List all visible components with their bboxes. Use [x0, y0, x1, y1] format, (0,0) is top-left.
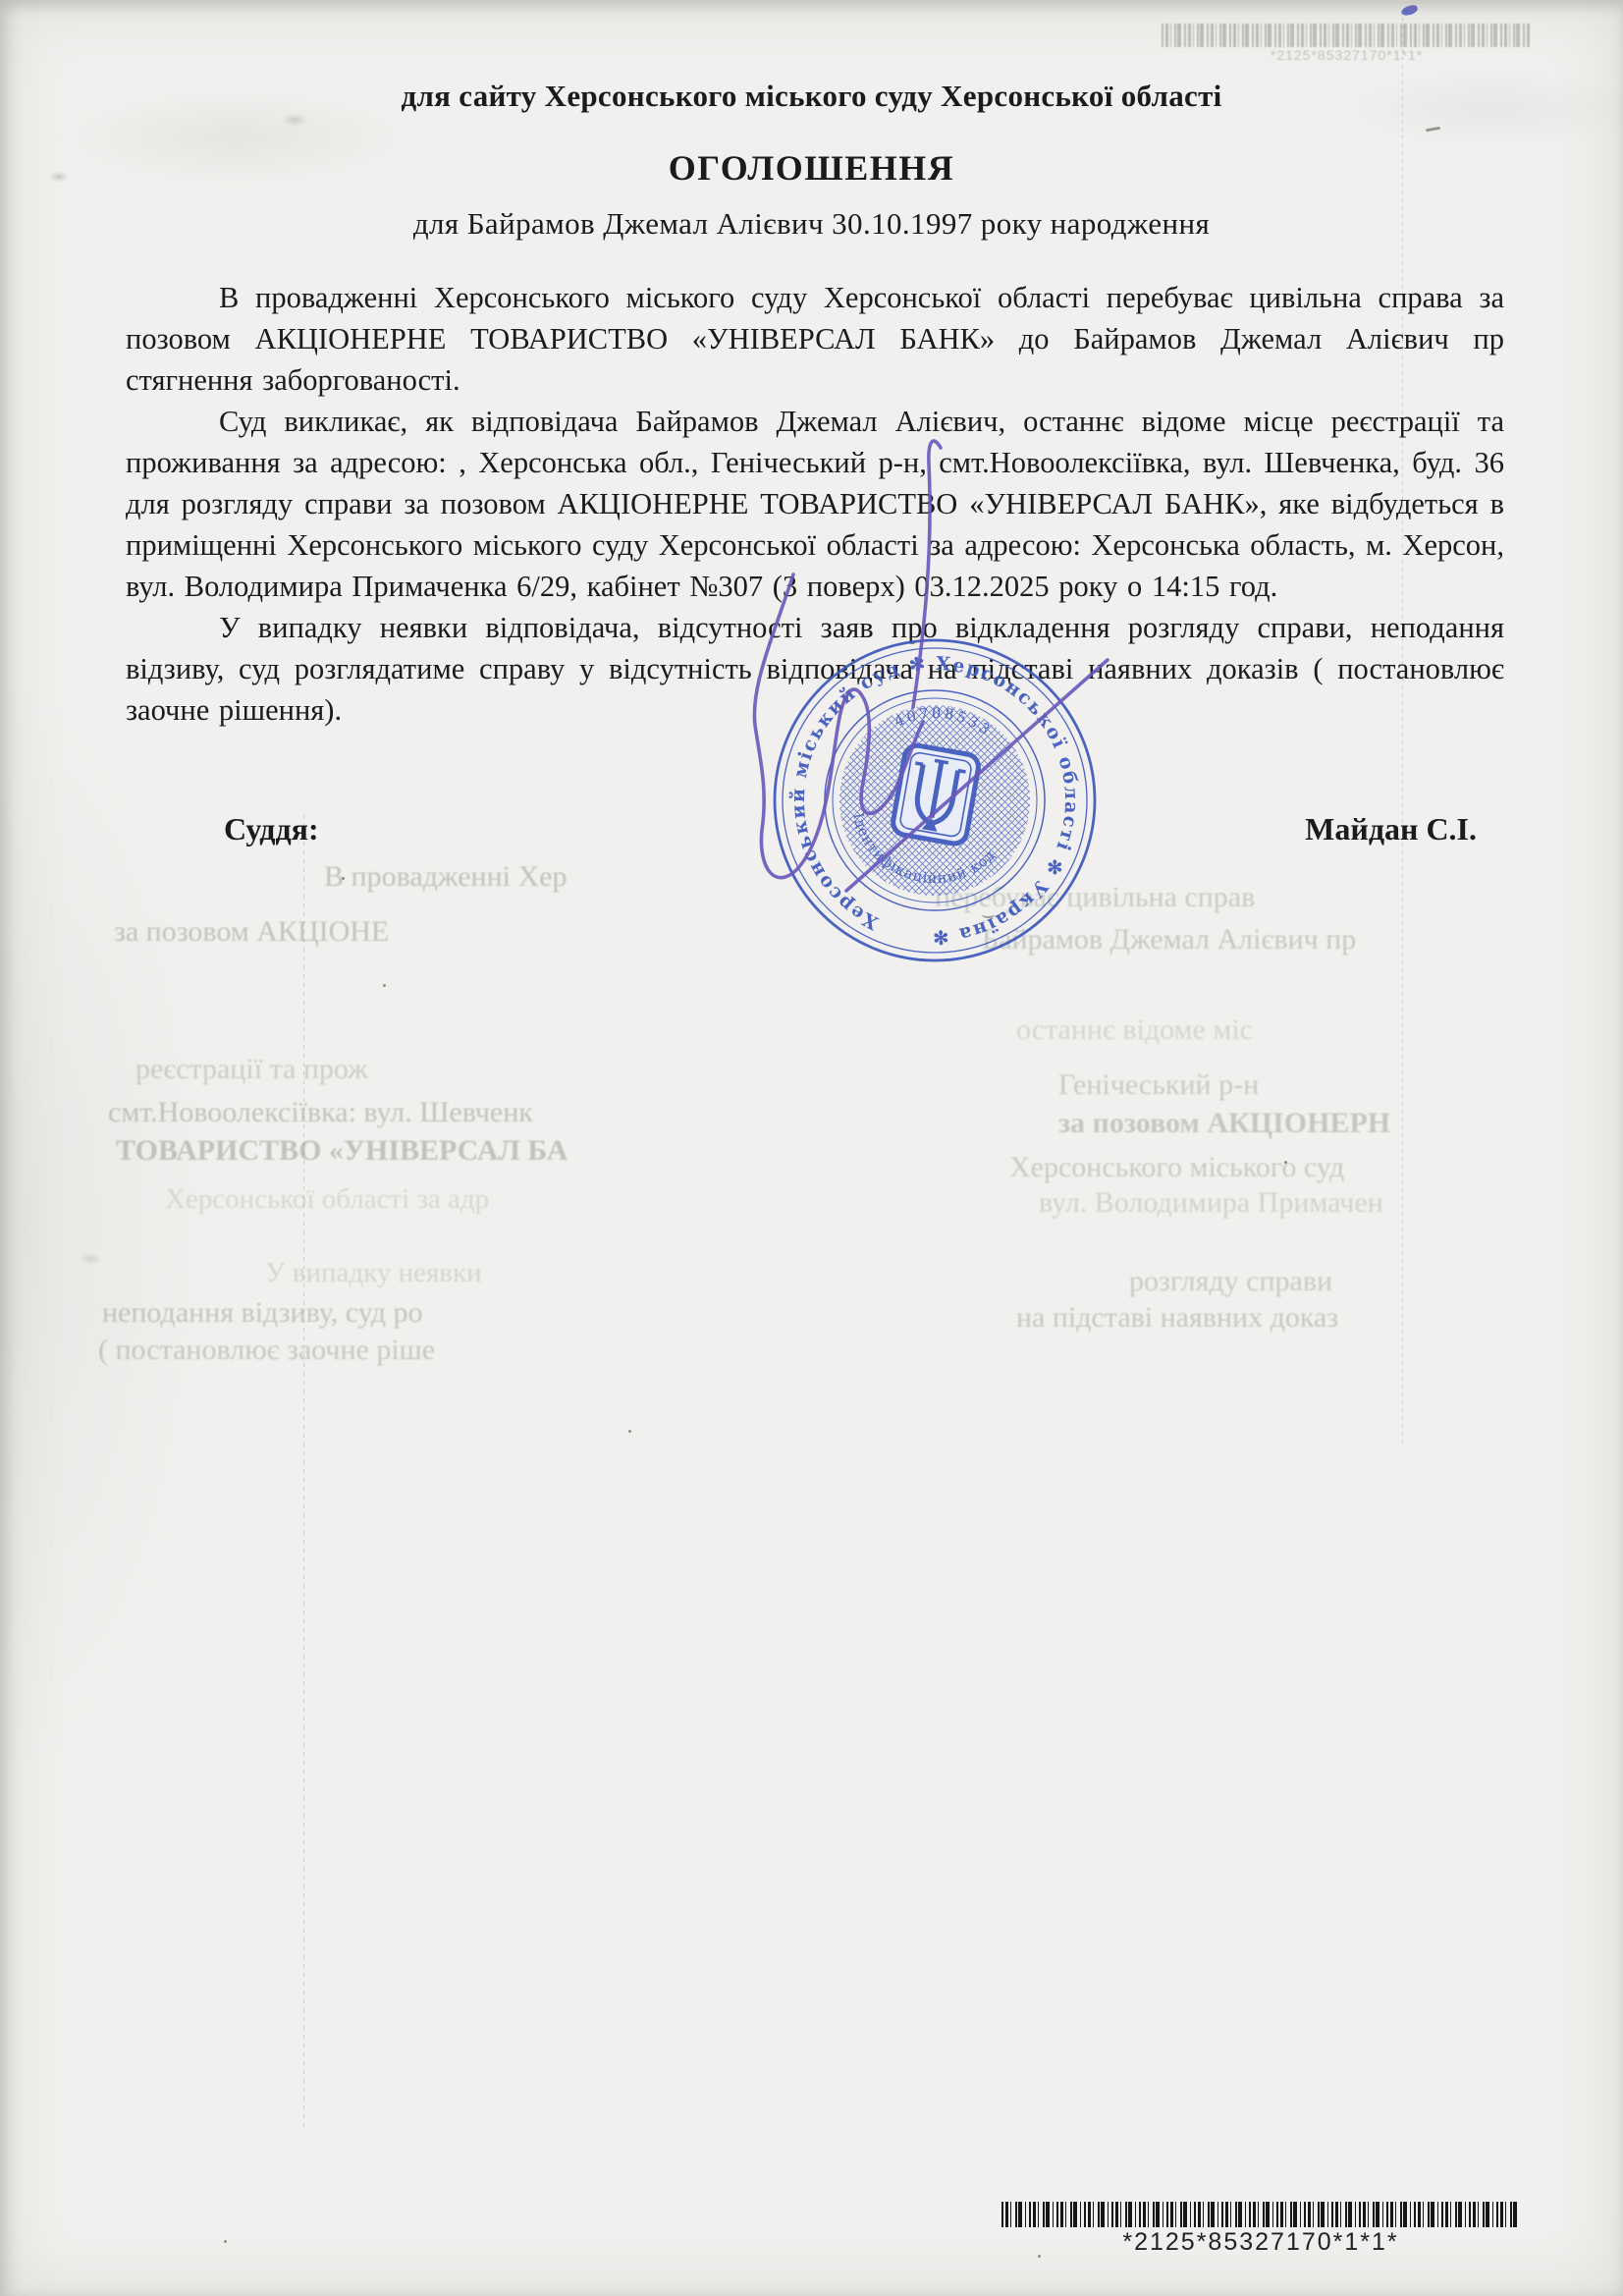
- barcode-bars: [1001, 2202, 1520, 2227]
- ghost-text-line: на підставі наявних доказ: [1016, 1301, 1338, 1335]
- judge-name: Майдан С.І.: [1305, 811, 1477, 847]
- ghost-barcode-label: *2125*85327170*1*1*: [1162, 47, 1532, 63]
- ghost-text-line: Херсонського міського суд: [1009, 1151, 1344, 1184]
- stray-ink-dash: [1426, 127, 1440, 133]
- ghost-text-line: У випадку неявки: [265, 1257, 482, 1289]
- announcement-title: ОГОЛОШЕННЯ: [0, 147, 1623, 189]
- ink-speck: [628, 1430, 631, 1433]
- ink-speck: [1284, 1161, 1287, 1164]
- fold-line-left: [303, 815, 304, 2131]
- ghost-text-line: ТОВАРИСТВО «УНІВЕРСАЛ БА: [116, 1134, 568, 1168]
- ghost-text-line: розгляду справи: [1129, 1265, 1332, 1298]
- ghost-barcode: *2125*85327170*1*1*: [1162, 24, 1532, 63]
- judge-label: Суддя:: [224, 811, 319, 847]
- ink-speck: [342, 877, 345, 880]
- ghost-text-line: ( постановлює заочне ріше: [98, 1334, 435, 1367]
- announcement-subtitle: для Байрамов Джемал Алієвич 30.10.1997 р…: [0, 206, 1623, 242]
- ghost-text-line: за позовом АКЦІОНЕ: [114, 915, 389, 949]
- ink-speck: [224, 2240, 227, 2243]
- ghost-barcode-bars: [1162, 24, 1532, 47]
- scanned-court-announcement-page: В провадженні Херперебуває цивільна спра…: [0, 0, 1623, 2296]
- ghost-text-line: реєстрації та прож: [135, 1053, 368, 1086]
- pen-scribble-mark: [1400, 4, 1419, 17]
- ghost-text-line: Генічеський р-н: [1058, 1068, 1259, 1102]
- signature-flourish: [754, 574, 923, 878]
- ghost-text-line: неподання відзиву, суд ро: [102, 1296, 423, 1330]
- barcode: *2125*85327170*1*1*: [1001, 2202, 1520, 2257]
- signature-diagonal-stroke: [846, 660, 1108, 891]
- ghost-text-line: Херсонської області за адр: [165, 1183, 489, 1216]
- paragraph-case-info: В провадженні Херсонського міського суду…: [126, 277, 1504, 401]
- site-line: для сайту Херсонського міського суду Хер…: [0, 79, 1623, 114]
- ghost-text-line: за позовом АКЦІОНЕРН: [1058, 1107, 1390, 1140]
- barcode-label: *2125*85327170*1*1*: [1001, 2228, 1520, 2257]
- ghost-text-line: останнє відоме міс: [1016, 1013, 1253, 1047]
- signature-ink: [677, 412, 1149, 903]
- ink-speck: [383, 984, 386, 987]
- ghost-text-line: смт.Новоолексіївка: вул. Шевченк: [108, 1096, 533, 1129]
- ghost-text-line: вул. Володимира Примачен: [1039, 1186, 1383, 1220]
- signature-ascender-stroke: [913, 441, 941, 707]
- ghost-text-line: В провадженні Хер: [324, 860, 568, 894]
